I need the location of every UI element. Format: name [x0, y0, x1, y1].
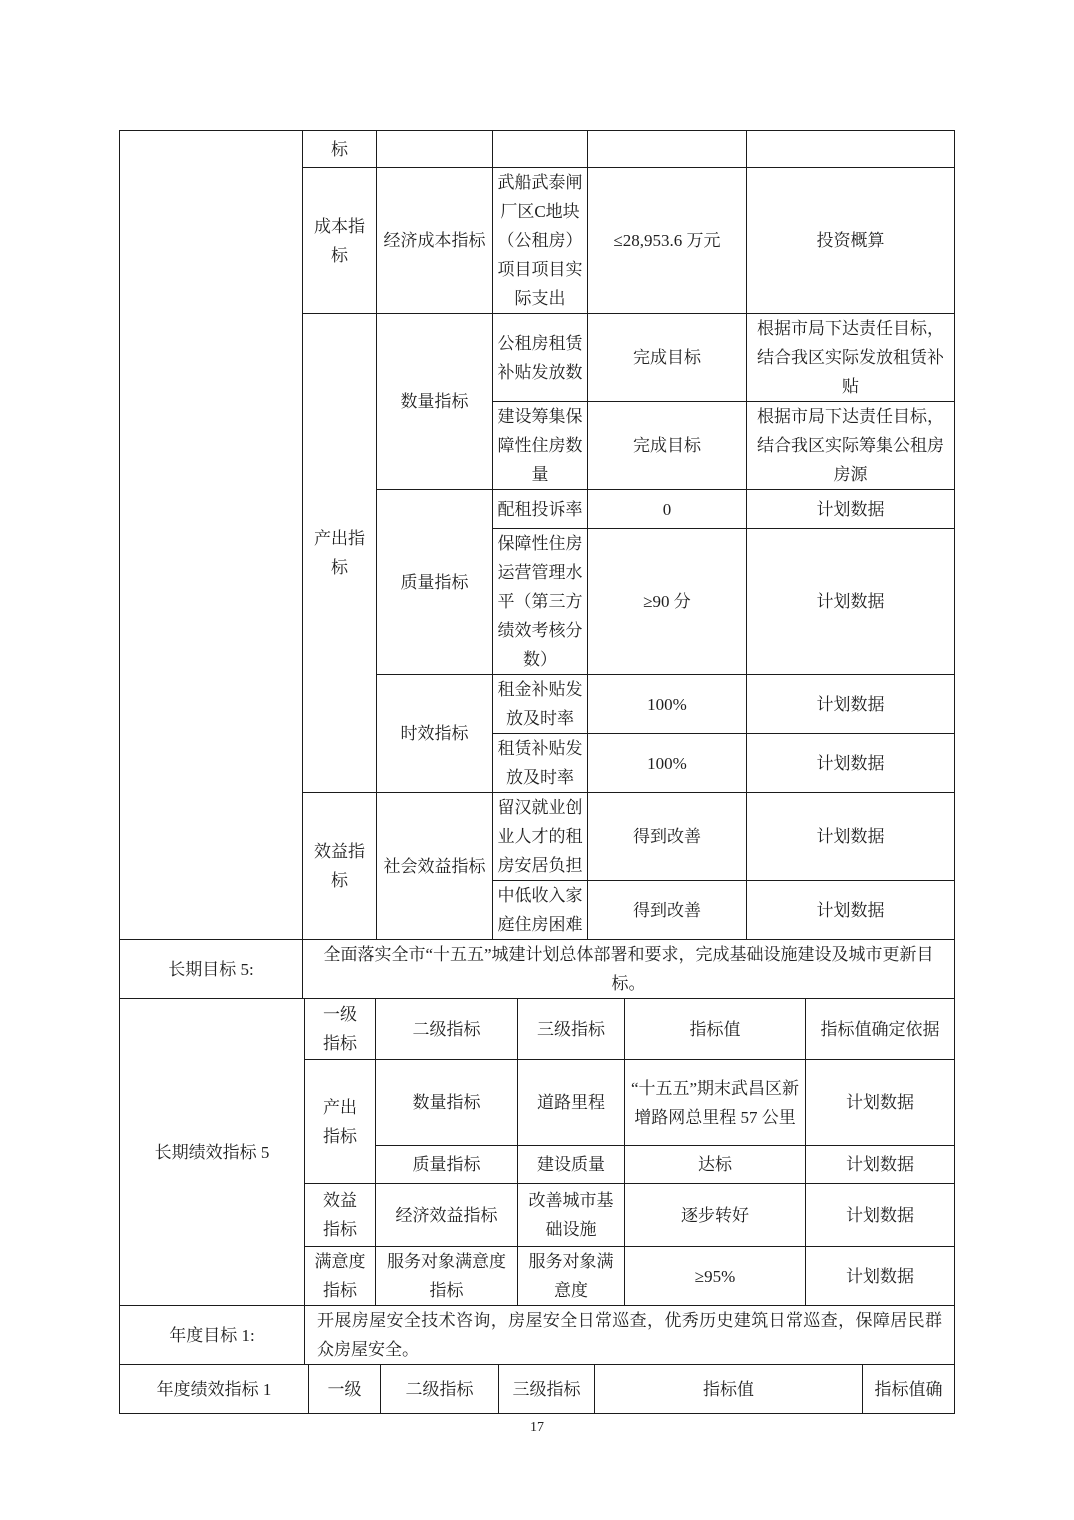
partial-row: 标 [120, 131, 955, 168]
level1-cell: 效益指标 [305, 1184, 376, 1247]
value-cell: ≥95% [625, 1247, 806, 1306]
header-basis-cell: 指标值确定依据 [806, 999, 955, 1060]
basis-cell: 计划数据 [747, 881, 955, 940]
empty-cell [493, 131, 588, 168]
level1-cell: 产出指标 [305, 1060, 376, 1184]
level2-cell: 质量指标 [377, 490, 493, 675]
level3-cell: 租赁补贴发放及时率 [493, 734, 588, 793]
header-level2-cell: 二级指标 [381, 1365, 499, 1414]
goal-text-cell: 全面落实全市“十五五”城建计划总体部署和要求，完成基础设施建设及城市更新目标。 [303, 940, 955, 999]
level1-partial-cell: 标 [303, 131, 377, 168]
value-cell: ≥90 分 [588, 529, 747, 675]
basis-cell: 投资概算 [747, 168, 955, 314]
level3-cell: 建设质量 [518, 1146, 625, 1184]
header-level3-cell: 三级指标 [518, 999, 625, 1060]
level3-cell: 配租投诉率 [493, 490, 588, 529]
document-page: 标 成本指标 经济成本指标 武船武泰闸厂区C地块（公租房）项目项目实际支出 ≤2… [0, 0, 1074, 1520]
basis-cell: 计划数据 [747, 529, 955, 675]
header-level3-cell: 三级指标 [499, 1365, 595, 1414]
basis-cell: 计划数据 [747, 675, 955, 734]
empty-cell [377, 131, 493, 168]
value-cell: 得到改善 [588, 793, 747, 881]
objective-column-empty-cell [120, 131, 303, 940]
level3-cell: 保障性住房运营管理水平（第三方绩效考核分数） [493, 529, 588, 675]
value-cell: 得到改善 [588, 881, 747, 940]
longterm-goal-5-row: 长期目标 5: 全面落实全市“十五五”城建计划总体部署和要求，完成基础设施建设及… [120, 940, 955, 999]
value-cell: 100% [588, 675, 747, 734]
value-cell: 完成目标 [588, 402, 747, 490]
level1-cell: 效益指标 [303, 793, 377, 940]
annual-goal-1-row: 年度目标 1: 开展房屋安全技术咨询，房屋安全日常巡查，优秀历史建筑日常巡查，保… [120, 1306, 955, 1365]
level3-cell: 租金补贴发放及时率 [493, 675, 588, 734]
basis-cell: 计划数据 [806, 1146, 955, 1184]
header-level1-cell: 一级 [309, 1365, 381, 1414]
level3-cell: 中低收入家庭住房困难 [493, 881, 588, 940]
level3-cell: 武船武泰闸厂区C地块（公租房）项目项目实际支出 [493, 168, 588, 314]
level1-cell: 成本指标 [303, 168, 377, 314]
value-cell: 0 [588, 490, 747, 529]
value-cell: 达标 [625, 1146, 806, 1184]
header-level2-cell: 二级指标 [376, 999, 518, 1060]
page-number: 17 [119, 1420, 955, 1436]
value-cell: ≤28,953.6 万元 [588, 168, 747, 314]
level2-cell: 经济成本指标 [377, 168, 493, 314]
level1-cell: 满意度指标 [305, 1247, 376, 1306]
level2-cell: 社会效益指标 [377, 793, 493, 940]
level3-cell: 改善城市基础设施 [518, 1184, 625, 1247]
basis-cell: 计划数据 [747, 490, 955, 529]
level2-cell: 数量指标 [377, 314, 493, 490]
value-cell: 逐步转好 [625, 1184, 806, 1247]
header-level1-cell: 一级指标 [305, 999, 376, 1060]
goal-text-cell: 开展房屋安全技术咨询，房屋安全日常巡查，优秀历史建筑日常巡查，保障居民群众房屋安… [305, 1306, 955, 1365]
indicator-label-cell: 年度绩效指标 1 [120, 1365, 309, 1414]
carryover-indicator-table: 标 成本指标 经济成本指标 武船武泰闸厂区C地块（公租房）项目项目实际支出 ≤2… [119, 130, 955, 999]
value-cell: “十五五”期末武昌区新增路网总里程 57 公里 [625, 1060, 806, 1146]
level2-cell: 服务对象满意度指标 [376, 1247, 518, 1306]
indicator-label-cell: 长期绩效指标 5 [120, 999, 305, 1306]
header-basis-cell: 指标值确 [863, 1365, 955, 1414]
header-row: 年度绩效指标 1 一级 二级指标 三级指标 指标值 指标值确 [120, 1365, 955, 1414]
level2-cell: 时效指标 [377, 675, 493, 793]
level3-cell: 建设筹集保障性住房数量 [493, 402, 588, 490]
level2-cell: 数量指标 [376, 1060, 518, 1146]
basis-cell: 根据市局下达责任目标，结合我区实际发放租赁补贴 [747, 314, 955, 402]
header-row: 长期绩效指标 5 一级指标 二级指标 三级指标 指标值 指标值确定依据 [120, 999, 955, 1060]
goal-label-cell: 长期目标 5: [120, 940, 303, 999]
basis-cell: 计划数据 [747, 734, 955, 793]
basis-cell: 计划数据 [806, 1184, 955, 1247]
level2-cell: 质量指标 [376, 1146, 518, 1184]
empty-cell [588, 131, 747, 168]
level3-cell: 公租房租赁补贴发放数 [493, 314, 588, 402]
performance-indicator-document: 标 成本指标 经济成本指标 武船武泰闸厂区C地块（公租房）项目项目实际支出 ≤2… [119, 130, 955, 1436]
level3-cell: 道路里程 [518, 1060, 625, 1146]
header-value-cell: 指标值 [625, 999, 806, 1060]
value-cell: 完成目标 [588, 314, 747, 402]
level3-cell: 留汉就业创业人才的租房安居负担 [493, 793, 588, 881]
basis-cell: 根据市局下达责任目标，结合我区实际筹集公租房房源 [747, 402, 955, 490]
level1-cell: 产出指标 [303, 314, 377, 793]
value-cell: 100% [588, 734, 747, 793]
level3-cell: 服务对象满意度 [518, 1247, 625, 1306]
annual-indicator-1-table: 年度绩效指标 1 一级 二级指标 三级指标 指标值 指标值确 [119, 1364, 955, 1414]
basis-cell: 计划数据 [747, 793, 955, 881]
longterm-indicator-5-table: 长期绩效指标 5 一级指标 二级指标 三级指标 指标值 指标值确定依据 产出指标… [119, 998, 955, 1365]
level2-cell: 经济效益指标 [376, 1184, 518, 1247]
header-value-cell: 指标值 [595, 1365, 863, 1414]
empty-cell [747, 131, 955, 168]
basis-cell: 计划数据 [806, 1060, 955, 1146]
goal-label-cell: 年度目标 1: [120, 1306, 305, 1365]
basis-cell: 计划数据 [806, 1247, 955, 1306]
